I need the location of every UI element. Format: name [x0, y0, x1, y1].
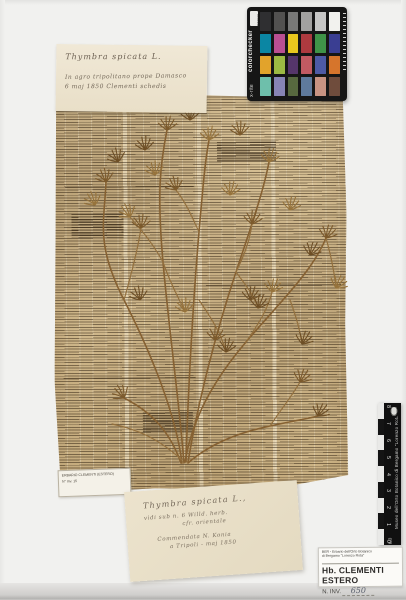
- colorchecker-badge: CLASSIC: [250, 11, 258, 26]
- colorchecker-patch: [260, 34, 271, 53]
- colorchecker-patch: [329, 77, 340, 96]
- newsprint-block: [143, 412, 193, 432]
- newsprint-block: [217, 141, 276, 161]
- colorchecker-patch: [274, 56, 285, 75]
- museum-crest-icon: [390, 407, 398, 417]
- original-label-bottom: Thymbra spicata L., vidi sub n. 6 Willd.…: [124, 480, 303, 582]
- colorchecker-card: CLASSIC colorchecker x-rite: [247, 7, 347, 101]
- colorchecker-title: colorchecker: [248, 29, 254, 73]
- herbarium-name: Hb. CLEMENTI ESTERO: [322, 563, 399, 586]
- ruler-number: 7: [385, 420, 390, 427]
- locality-note: In agro tripolitano prope Damasco: [65, 72, 201, 81]
- newsprint-rule: [63, 377, 195, 379]
- colorchecker-patch: [288, 77, 299, 96]
- colorchecker-patch: [274, 12, 285, 31]
- ruler-numbers: 012345678: [384, 403, 391, 545]
- ruler-number: 2: [385, 504, 390, 511]
- colorchecker-patch: [274, 34, 285, 53]
- colorchecker-patch: [260, 77, 271, 96]
- colorchecker-badge-text: CLASSIC: [256, 14, 258, 18]
- colorchecker-patch: [315, 34, 326, 53]
- collection-stamp-label: ERBARIO CLEMENTI (ESTERO) N° Inv. 15: [58, 468, 132, 498]
- colorchecker-patch: [329, 34, 340, 53]
- ruler-number: 5: [385, 454, 390, 461]
- colorchecker-patch: [315, 12, 326, 31]
- newsprint-rule: [206, 284, 341, 286]
- colorchecker-ruler-ticks: [343, 13, 346, 73]
- colorchecker-patch: [329, 12, 340, 31]
- colorchecker-patch: [274, 77, 285, 96]
- colorchecker-patch: [315, 77, 326, 96]
- colorchecker-grid: [260, 7, 347, 101]
- institution-label: BER - Erbario dell'Orto Botanico di Berg…: [318, 547, 403, 588]
- colorchecker-patch: [288, 34, 299, 53]
- newsprint-block: [71, 214, 124, 238]
- inventory-number: 650: [343, 586, 374, 596]
- colorchecker-side-band: CLASSIC colorchecker x-rite: [247, 7, 260, 101]
- ruler-unit-label: cm: [386, 538, 392, 545]
- colorchecker-patch: [301, 34, 312, 53]
- stamp-line2: N° Inv. 15: [62, 478, 128, 484]
- determination-label-top: Thymbra spicata L. In agro tripolitano p…: [56, 44, 208, 113]
- stamp-line1: ERBARIO CLEMENTI (ESTERO): [62, 472, 128, 478]
- ruler-number: 1: [385, 521, 390, 528]
- ruler-number: 3: [385, 487, 390, 494]
- date-collector-note: 6 maj 1850 Clementi schedis: [65, 83, 201, 90]
- colorchecker-patch: [260, 12, 271, 31]
- colorchecker-patch: [288, 12, 299, 31]
- colorchecker-patch: [260, 56, 271, 75]
- scan-edge-right: [401, 0, 406, 600]
- newsprint-rule: [65, 186, 194, 188]
- taxon-name: Thymbra spicata L.: [65, 52, 201, 61]
- ruler-number: 6: [385, 437, 390, 444]
- newspaper-sheet: [53, 93, 349, 493]
- colorchecker-patch: [288, 56, 299, 75]
- ruler-institution-text: Museo dell'Orto Botanico di Bergamo "Lor…: [394, 429, 399, 529]
- inventory-row: N. INV. 650: [322, 586, 399, 596]
- colorchecker-patch: [315, 56, 326, 75]
- inventory-label: N. INV.: [322, 589, 341, 595]
- scale-ruler: 012345678 Museo dell'Orto Botanico di Be…: [378, 403, 401, 545]
- scan-edge-left: [0, 0, 5, 600]
- institution-line2: di Bergamo "Lorenzo Rota": [322, 554, 399, 559]
- colorchecker-patch: [329, 56, 340, 75]
- colorchecker-patch: [301, 12, 312, 31]
- colorchecker-patch: [301, 77, 312, 96]
- scan-edge-top: [0, 0, 406, 5]
- colorchecker-brand: x-rite: [249, 84, 255, 97]
- colorchecker-patch: [301, 56, 312, 75]
- ruler-number: 4: [385, 471, 390, 478]
